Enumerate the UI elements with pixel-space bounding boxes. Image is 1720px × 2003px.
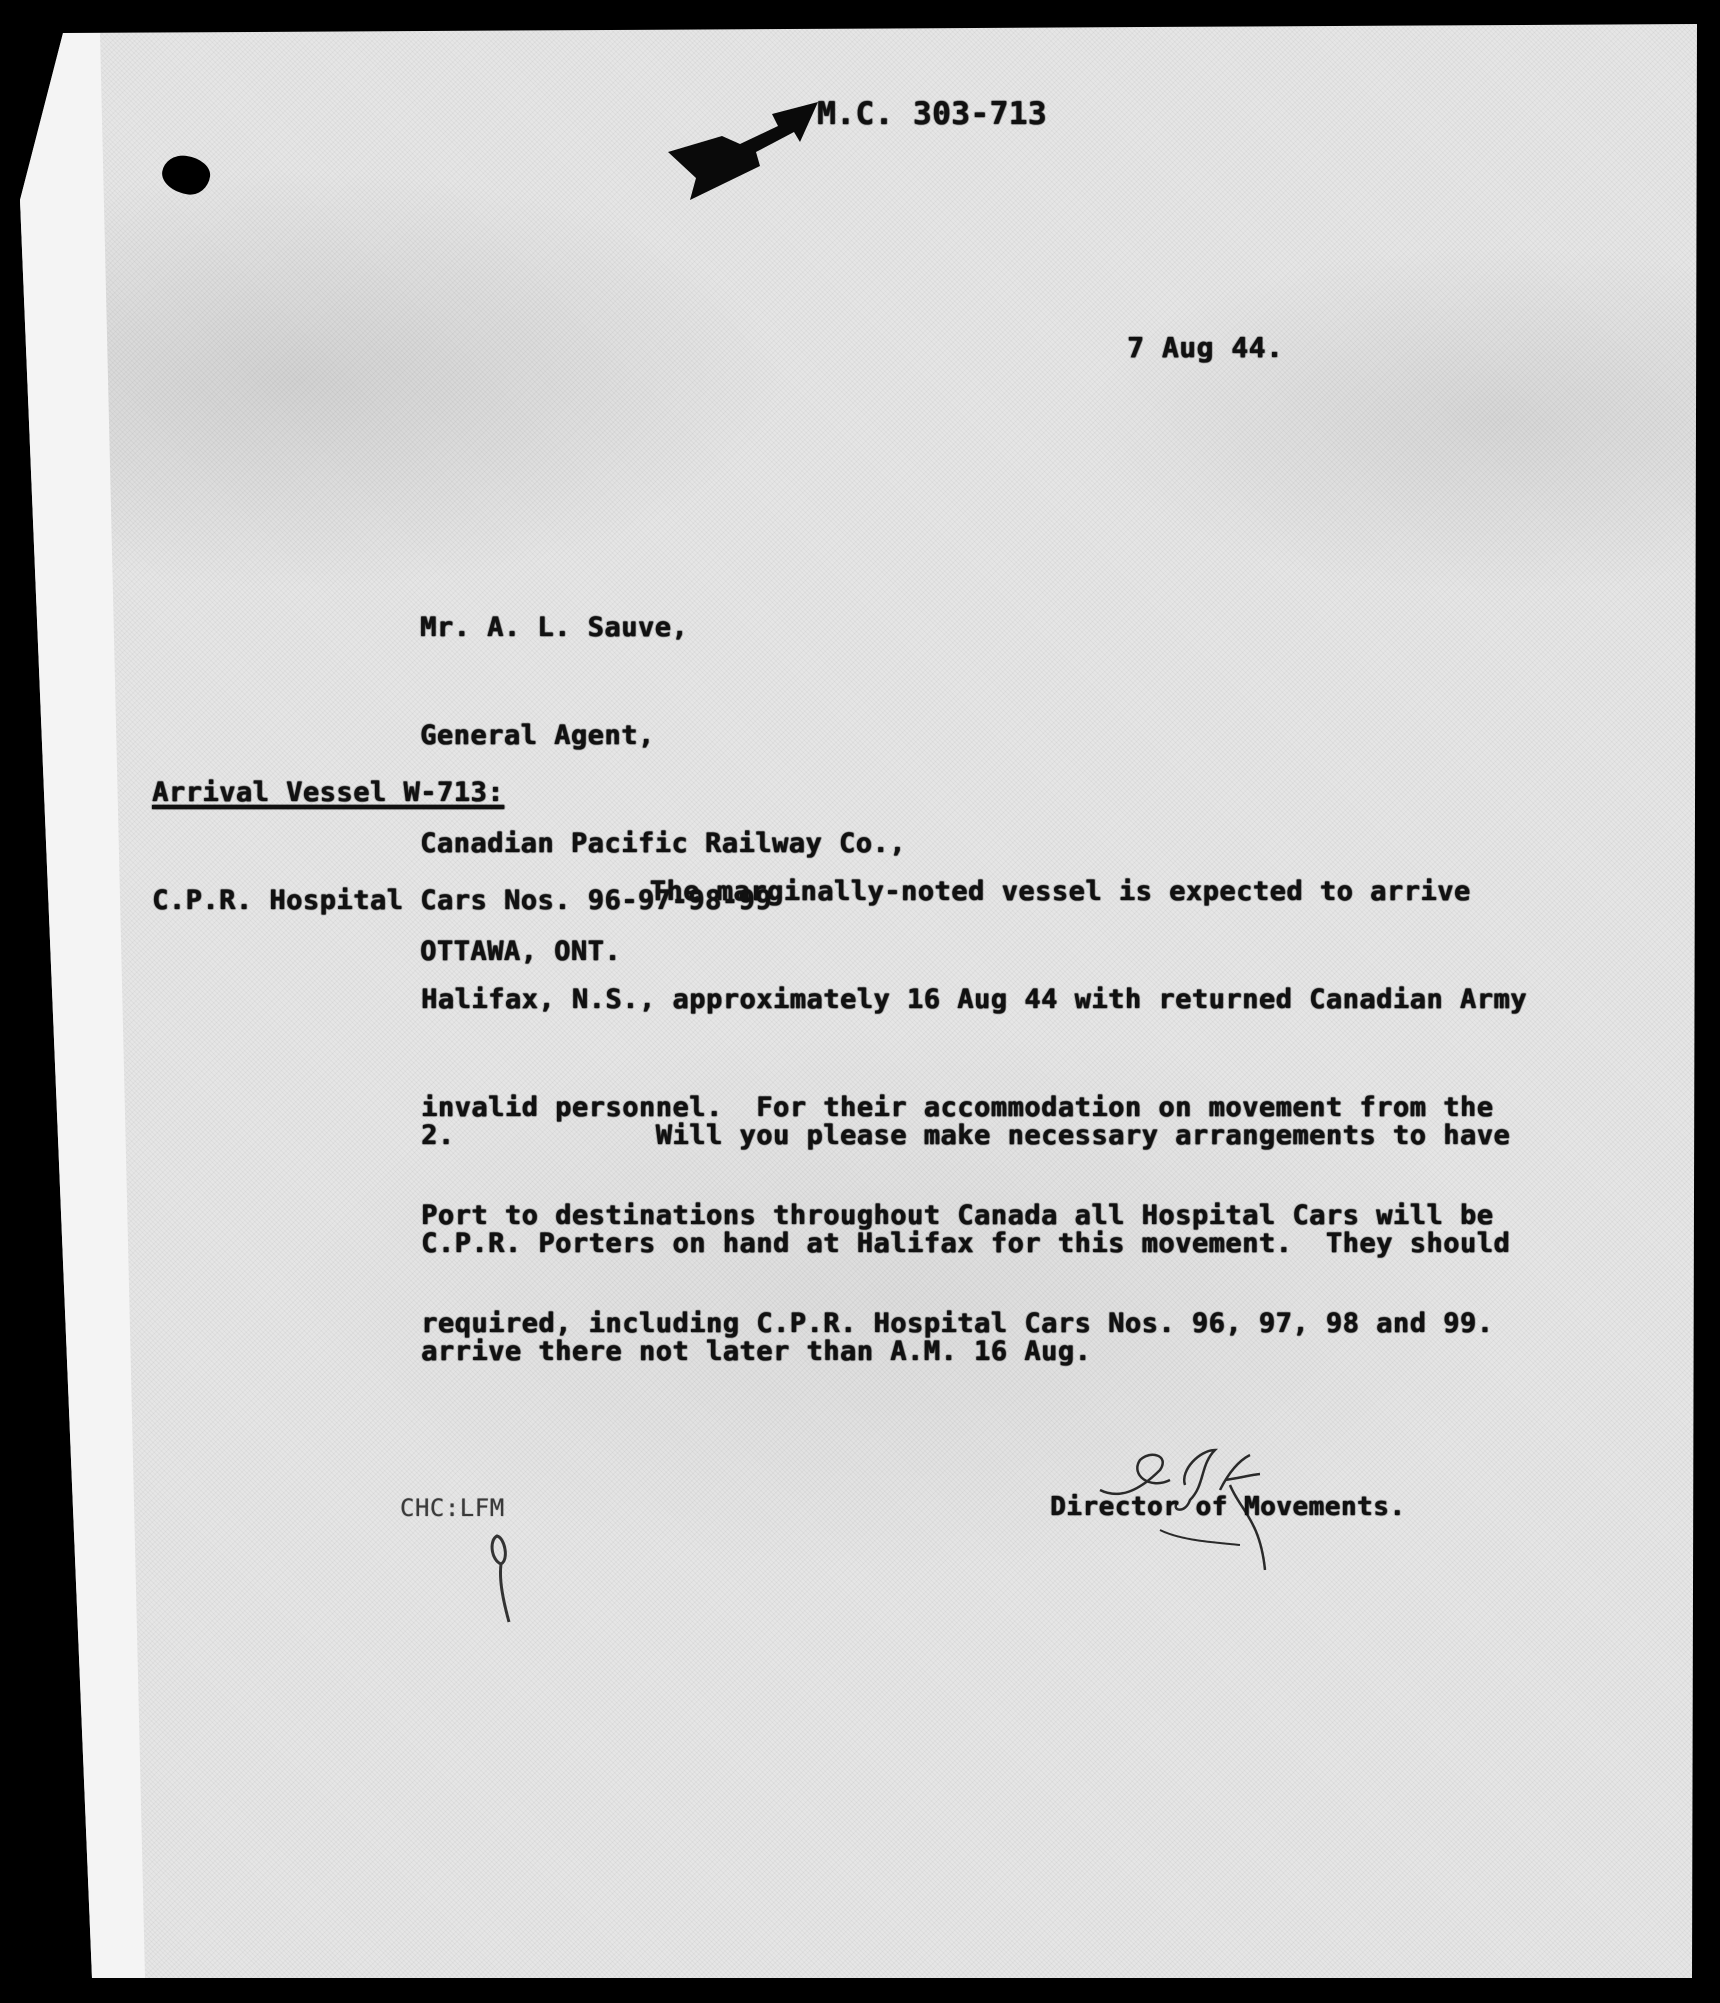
body-line: Halifax, N.S., approximately 16 Aug 44 w… — [421, 982, 1527, 1018]
arrow-stamp-icon — [660, 100, 820, 200]
body-line: The marginally-noted vessel is expected … — [415, 874, 1527, 910]
recipient-line: Mr. A. L. Sauve, — [420, 610, 906, 646]
handwritten-initial-icon — [485, 1530, 525, 1630]
body-paragraph-2: 2. Will you please make necessary arrang… — [421, 1046, 1510, 1406]
body-line: C.P.R. Porters on hand at Halifax for th… — [421, 1226, 1510, 1262]
body-line: 2. Will you please make necessary arrang… — [421, 1118, 1510, 1154]
letter-date: 7 Aug 44. — [1127, 330, 1283, 366]
signature-title: Director of Movements. — [1050, 1489, 1405, 1525]
body-line: arrive there not later than A.M. 16 Aug. — [421, 1334, 1510, 1370]
file-reference: M.C. 303-713 — [817, 96, 1047, 132]
reference-initials: CHC:LFM — [400, 1490, 505, 1526]
